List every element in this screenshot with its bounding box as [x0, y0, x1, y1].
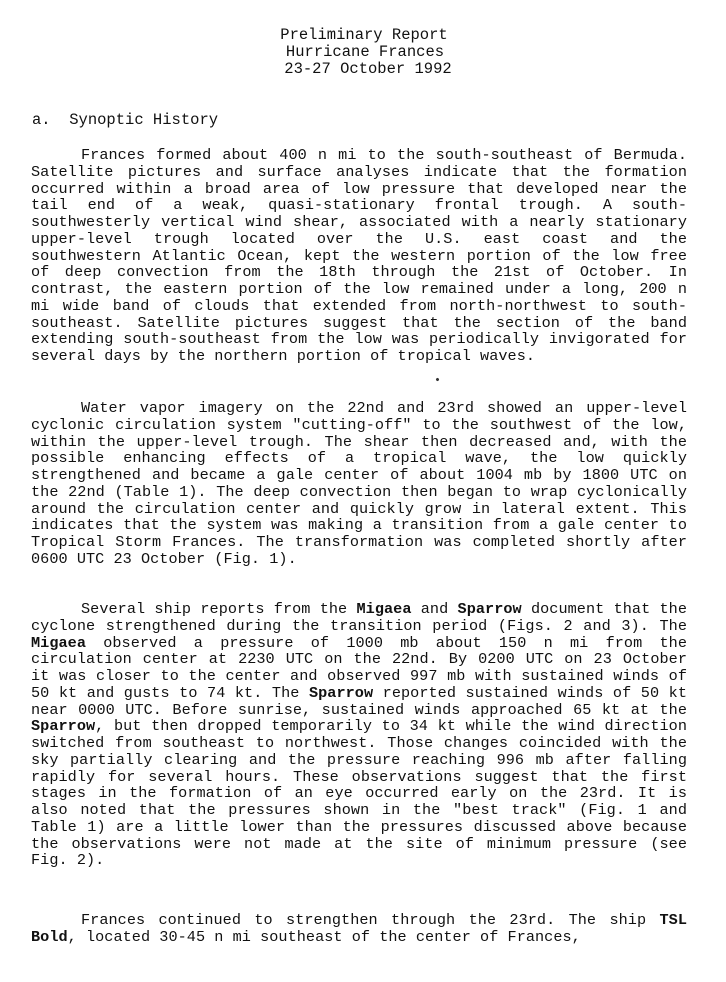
ship-name: Sparrow	[31, 717, 95, 735]
ship-name: Sparrow	[458, 600, 522, 618]
ship-name: Migaea	[31, 634, 86, 652]
storm-dates: 23-27 October 1992	[10, 61, 726, 78]
section-heading: a. Synoptic History	[32, 112, 218, 129]
section-title: Synoptic History	[69, 111, 218, 129]
scan-artifact	[435, 377, 439, 381]
ship-name: TSL Bold	[31, 911, 687, 946]
section-label: a.	[32, 111, 51, 129]
paragraph-ship-reports: Several ship reports from the Migaea and…	[31, 601, 687, 869]
paragraph-continued-strengthening: Frances continued to strengthen through …	[31, 912, 687, 946]
paragraph-water-vapor: Water vapor imagery on the 22nd and 23rd…	[31, 400, 687, 568]
ship-name: Sparrow	[309, 684, 373, 702]
ship-name: Migaea	[357, 600, 412, 618]
paragraph-formation: Frances formed about 400 n mi to the sou…	[31, 147, 687, 365]
storm-name: Hurricane Frances	[4, 44, 726, 61]
report-title: Preliminary Report	[2, 27, 726, 44]
report-header: Preliminary Report Hurricane Frances 23-…	[0, 27, 726, 78]
